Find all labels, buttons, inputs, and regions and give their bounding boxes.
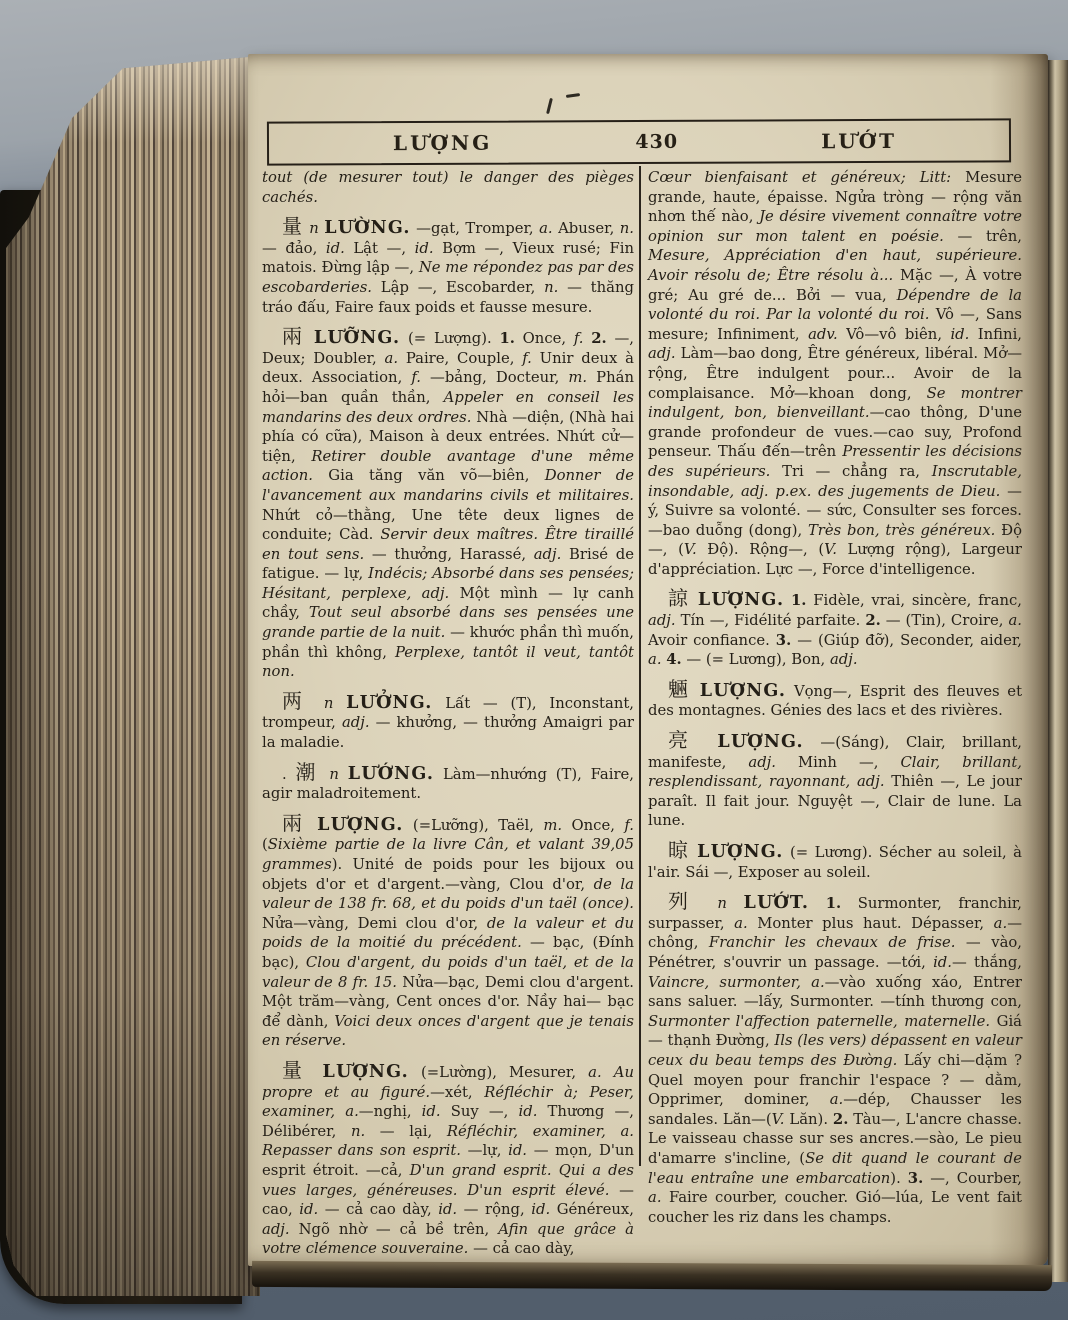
entry-luong-9: 亮 LƯỢNG. —(Sáng), Clair, brillant, manif… <box>648 730 1022 831</box>
right-column: Cœur bienfaisant et généreux; Litt: Mesu… <box>648 168 1022 1236</box>
entry-luong-10: 晾 LƯỢNG. (= Lương). Sécher au soleil, à … <box>648 840 1022 882</box>
entry-luong-3: 两 n LƯỞNG. Lất — (T), Inconstant, trompe… <box>262 691 634 753</box>
entry-luong-6: 量 LƯỢNG. (=Lường), Mesurer, a. Au propre… <box>262 1060 634 1259</box>
adjacent-page-edge <box>1048 60 1068 1282</box>
running-header: LƯỢNG 430 LƯỚT <box>267 118 1011 165</box>
left-column: tout (de mesurer tout) le danger des piè… <box>262 168 634 1268</box>
header-word-left: LƯỢNG <box>393 131 492 155</box>
entry-continuation: tout (de mesurer tout) le danger des piè… <box>262 168 634 207</box>
entry-luong-4: . 潮 n LƯỚNG. Làm—nhướng (T), Faire, agir… <box>262 762 634 804</box>
fanned-page-edges <box>6 56 260 1296</box>
entry-luong-1: 量 n LƯỜNG. —gạt, Tromper, a. Abuser, n. … <box>262 216 634 317</box>
entry-luot-1: 列 n LƯỚT. 1. Surmonter, franchir, surpas… <box>648 891 1022 1227</box>
page-number: 430 <box>635 131 678 153</box>
column-divider <box>639 166 641 1166</box>
header-word-right: LƯỚT <box>821 129 897 153</box>
book-photo: LƯỢNG 430 LƯỚT tout (de mesurer tout) le… <box>0 0 1068 1320</box>
ink-mark <box>566 93 580 98</box>
entry-luong-5: 兩 LƯỢNG. (=Lưỡng), Taël, m. Once, f. (Si… <box>262 813 634 1051</box>
ink-mark <box>546 98 553 114</box>
entry-continuation: Cœur bienfaisant et généreux; Litt: Mesu… <box>648 168 1022 579</box>
book-bottom-edge <box>252 1261 1052 1291</box>
entry-luong-8: 魎 LƯỢNG. Vọng—, Esprit des fleuves et de… <box>648 679 1022 721</box>
entry-luong-7: 諒 LƯỢNG. 1. Fidèle, vrai, sincère, franc… <box>648 588 1022 669</box>
book-page: LƯỢNG 430 LƯỚT tout (de mesurer tout) le… <box>248 54 1048 1266</box>
entry-luong-2: 兩 LƯỠNG. (= Lượng). 1. Once, f. 2. —, De… <box>262 326 634 682</box>
